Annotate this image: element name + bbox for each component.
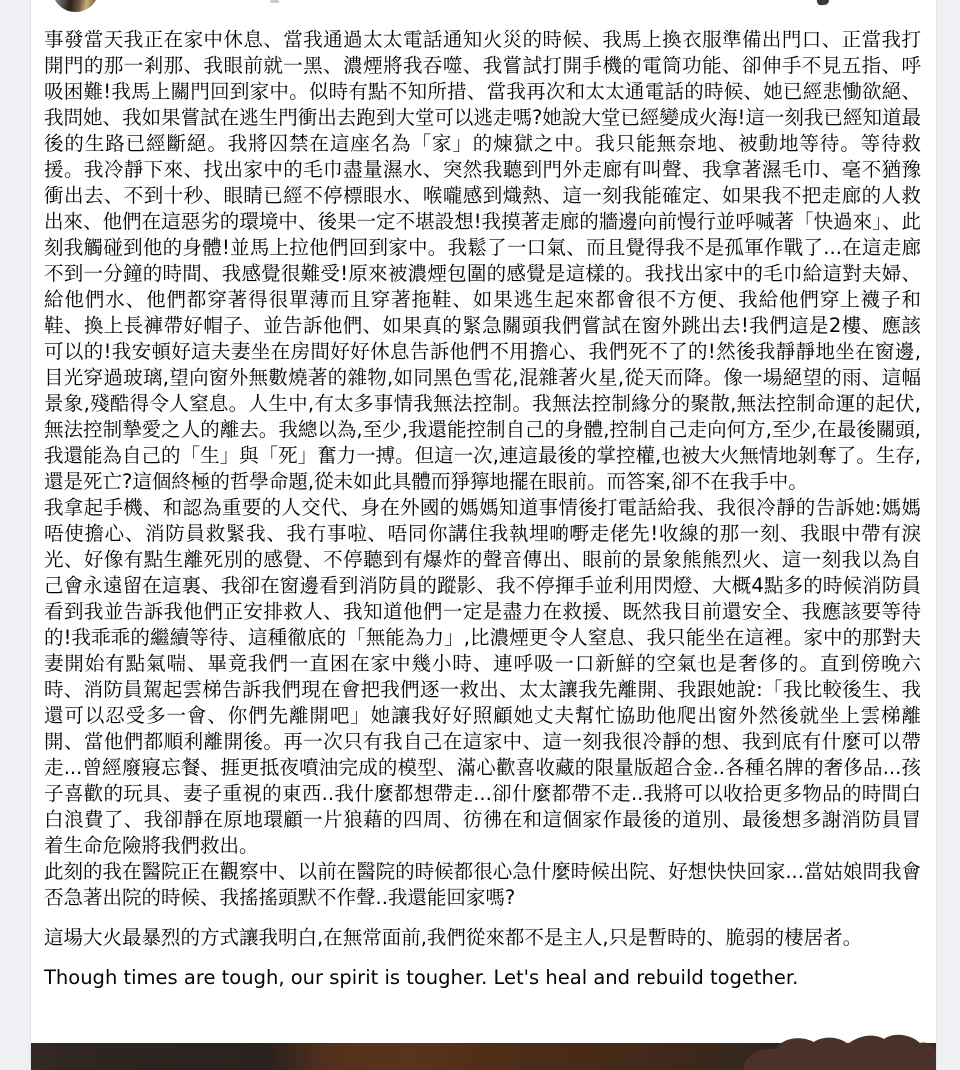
post-paragraph: 此刻的我在醫院正在觀察中、以前在醫院的時候都很心急什麼時候出院、好想快快回家..… <box>44 859 921 911</box>
post-paragraph: 這場大火最暴烈的方式讓我明白,在無常面前,我們從來都不是主人,只是暫時的、脆弱的… <box>44 925 921 951</box>
smoke-silhouette-shape <box>744 1016 936 1070</box>
post-body-text: 事發當天我正在家中休息、當我通過太太電話通知火災的時候、我馬上換衣服準備出門口、… <box>31 0 936 991</box>
page-background: { "theme": { "page_bg": "#eef0f3", "card… <box>0 0 960 1070</box>
english-closing-line: Though times are tough, our spirit is to… <box>44 965 921 991</box>
post-card: 事發當天我正在家中休息、當我通過太太電話通知火災的時候、我馬上換衣服準備出門口、… <box>30 0 937 1070</box>
post-paragraph: 事發當天我正在家中休息、當我通過太太電話通知火災的時候、我馬上換衣服準備出門口、… <box>44 27 921 495</box>
post-photo-top-edge[interactable] <box>31 1043 936 1070</box>
post-paragraph: 我拿起手機、和認為重要的人交代、身在外國的媽媽知道事情後打電話給我、我很冷靜的告… <box>44 495 921 859</box>
